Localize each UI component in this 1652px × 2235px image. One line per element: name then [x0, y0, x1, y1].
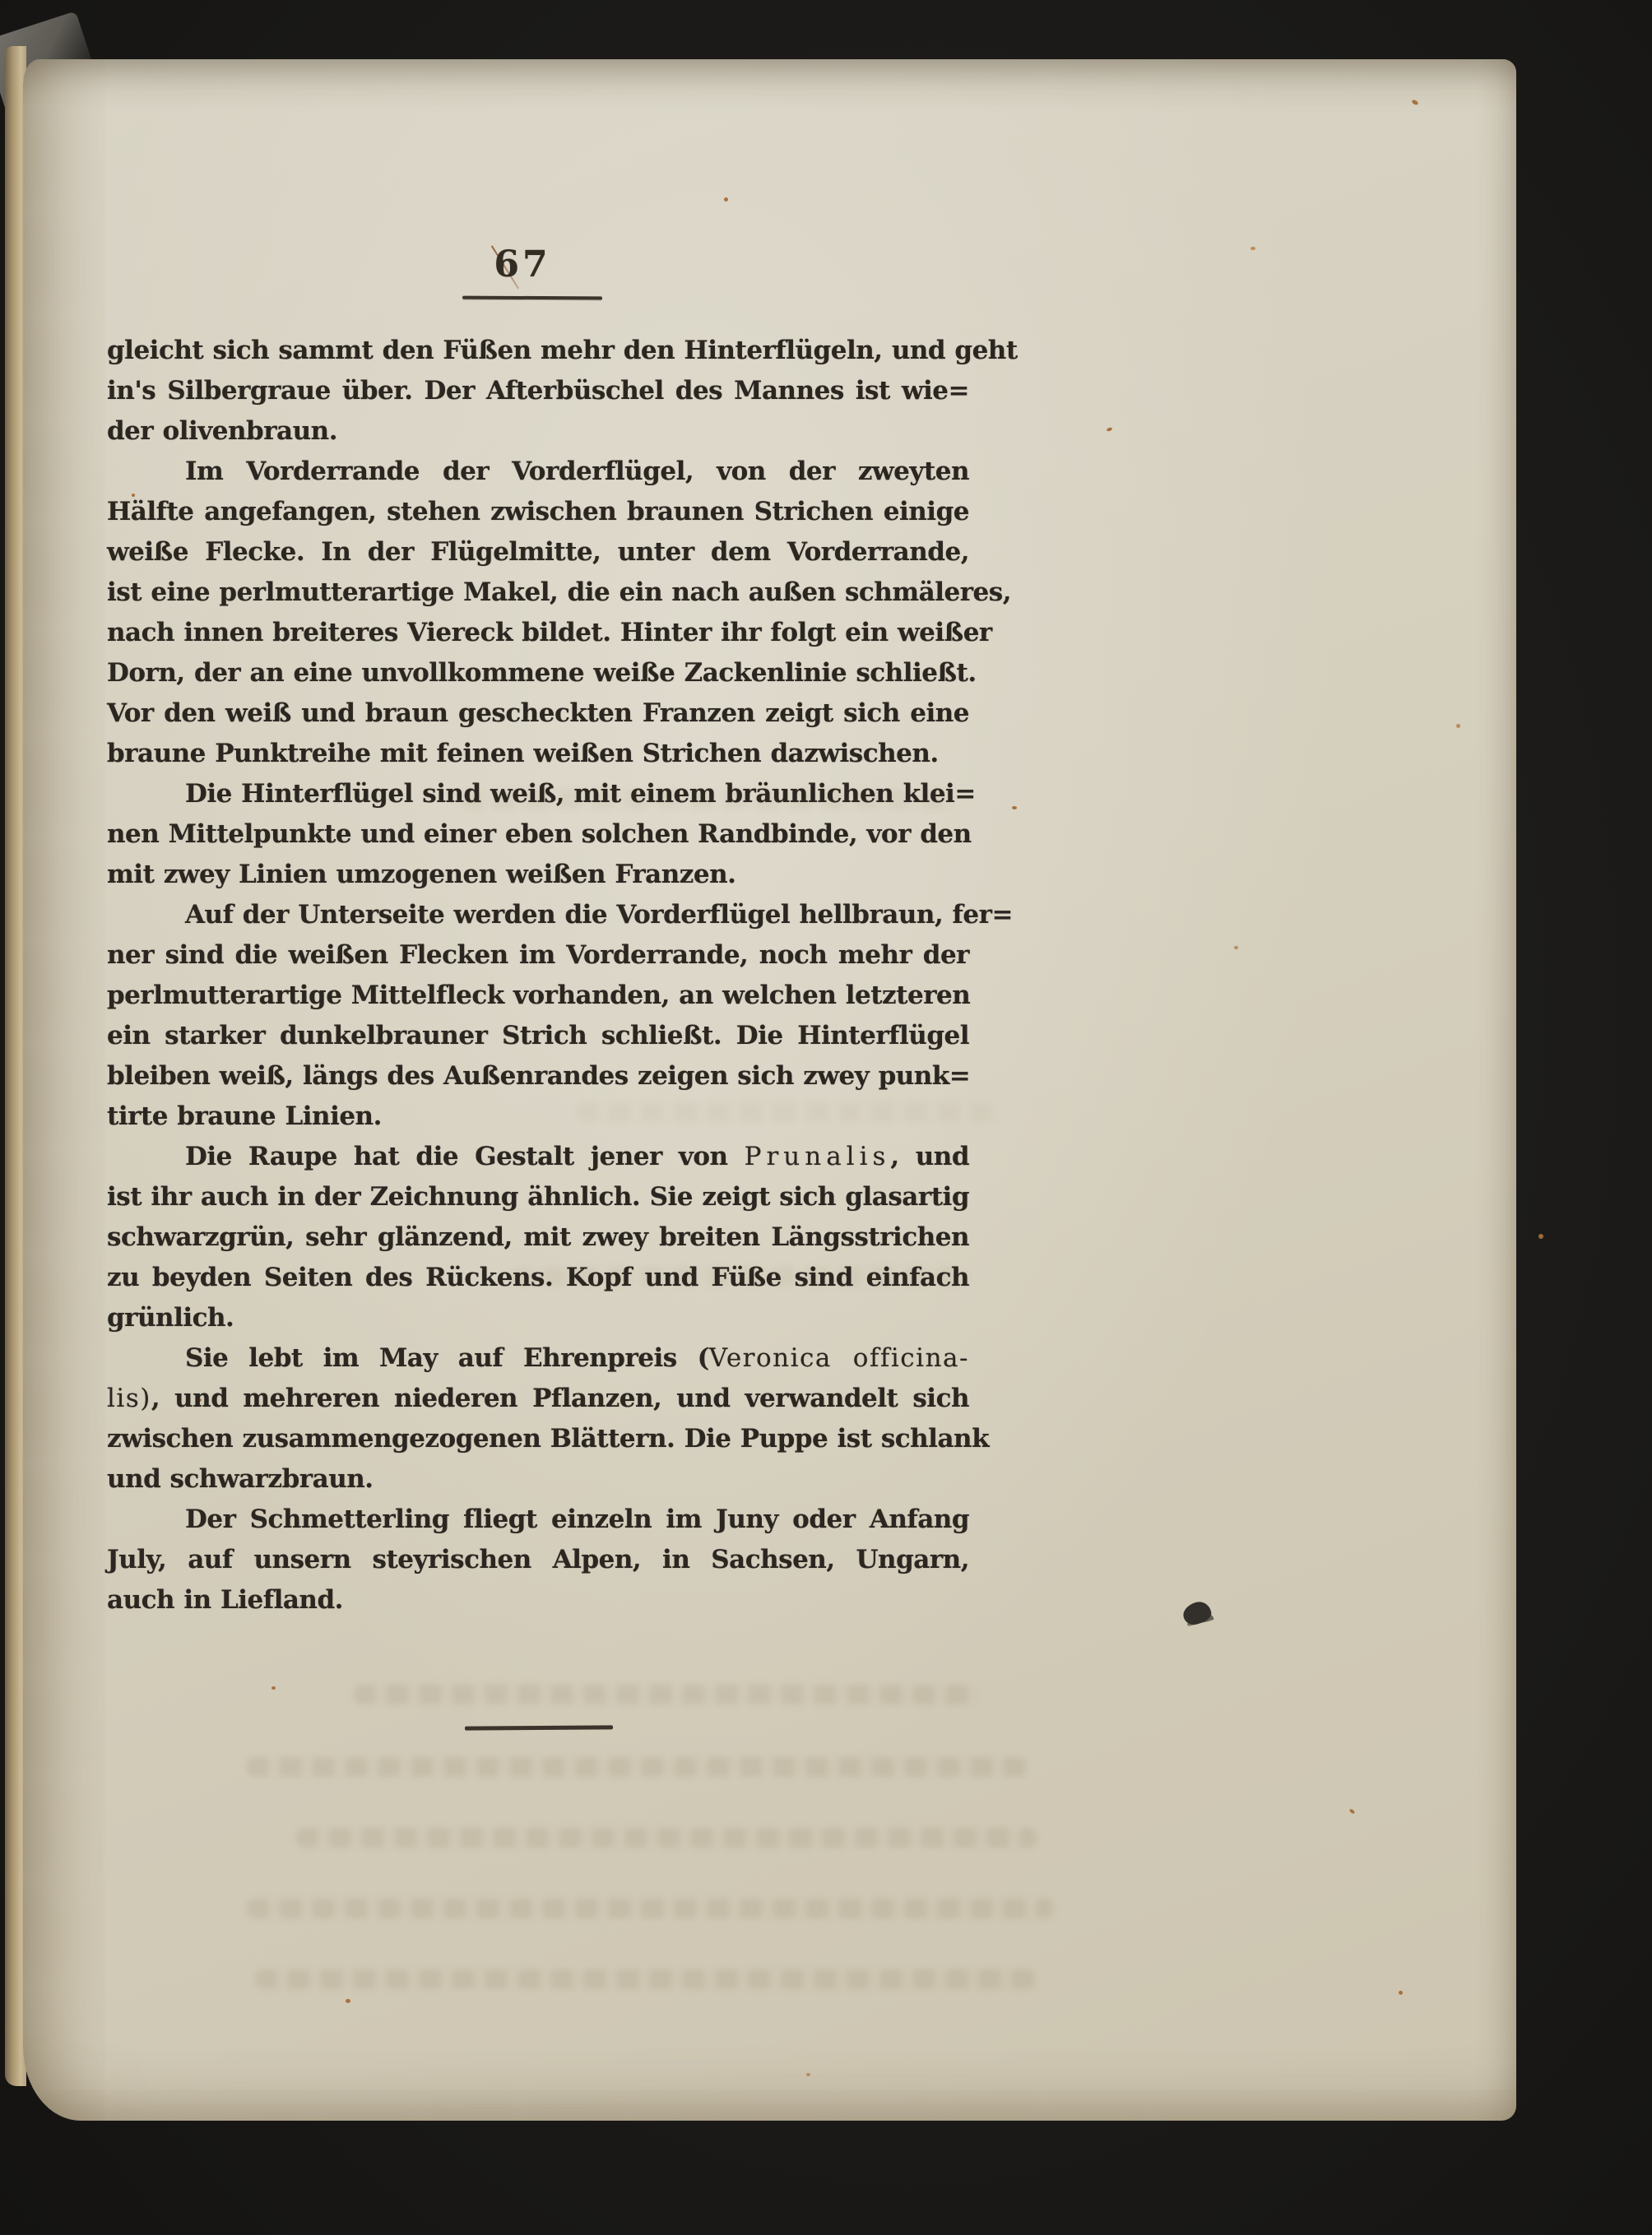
- fraktur-text-run: nen Mittelpunkte und einer eben solchen …: [107, 819, 972, 849]
- book-scan: 67 gleicht sich sammt den Füßen mehr den…: [0, 0, 1652, 2235]
- text-line: bleiben weiß, längs des Außenrandes zeig…: [107, 1056, 969, 1097]
- fraktur-text-run: , und mehreren niederen Pflanzen, und ve…: [151, 1384, 969, 1413]
- fraktur-text-run: gleicht sich sammt den Füßen mehr den Hi…: [107, 336, 1018, 365]
- fraktur-text-run: ner sind die weißen Flecken im Vorderran…: [107, 940, 969, 970]
- text-line: mit zwey Linien umzogenen weißen Franzen…: [107, 855, 969, 895]
- bleedthrough-text: [354, 1685, 979, 1704]
- fraktur-text-run: und schwarzbraun.: [107, 1464, 374, 1494]
- fraktur-text-run: auch in Liefland.: [107, 1585, 343, 1615]
- text-line: Hälfte angefangen, stehen zwischen braun…: [107, 492, 969, 532]
- fraktur-text-run: Vor den weiß und braun gescheckten Franz…: [107, 698, 969, 728]
- latin-text-run: lis): [107, 1384, 151, 1413]
- paper-speck: [346, 1999, 350, 2003]
- paper-speck: [806, 2073, 810, 2076]
- fraktur-text-run: Die Raupe hat die Gestalt jener von: [185, 1142, 745, 1171]
- text-line: gleicht sich sammt den Füßen mehr den Hi…: [107, 331, 969, 371]
- text-line: der olivenbraun.: [107, 411, 969, 452]
- bleedthrough-text: [255, 1969, 1037, 1989]
- paper-speck: [1349, 1808, 1356, 1815]
- fraktur-text-run: tirte braune Linien.: [107, 1101, 382, 1131]
- text-line: Die Hinterflügel sind weiß, mit einem br…: [107, 774, 969, 814]
- text-line: ist eine perlmutterartige Makel, die ein…: [107, 573, 969, 613]
- fraktur-text-run: mit zwey Linien umzogenen weißen Franzen…: [107, 860, 736, 889]
- fraktur-text-run: der olivenbraun.: [107, 416, 337, 446]
- fraktur-text-run: Im Vorderrande der Vorderflügel, von der…: [185, 457, 969, 486]
- text-line: lis), und mehreren niederen Pflanzen, un…: [107, 1379, 969, 1419]
- text-line: ner sind die weißen Flecken im Vorderran…: [107, 935, 969, 976]
- paper-speck: [1411, 99, 1418, 105]
- fraktur-text-run: bleiben weiß, längs des Außenrandes zeig…: [107, 1061, 970, 1091]
- latin-text-run: Veronica officina-: [709, 1343, 969, 1373]
- paper-speck: [1538, 1234, 1543, 1239]
- bleedthrough-text: [296, 1828, 1037, 1848]
- text-line: auch in Liefland.: [107, 1580, 969, 1621]
- bleedthrough-text: [247, 1757, 1028, 1777]
- fraktur-text-run: Der Schmetterling fliegt einzeln im Juny…: [185, 1505, 969, 1534]
- text-line: tirte braune Linien.: [107, 1097, 969, 1137]
- fraktur-text-run: Hälfte angefangen, stehen zwischen braun…: [107, 497, 969, 526]
- text-line: July, auf unsern steyrischen Alpen, in S…: [107, 1540, 969, 1580]
- text-block: gleicht sich sammt den Füßen mehr den Hi…: [107, 331, 969, 1621]
- text-line: und schwarzbraun.: [107, 1459, 969, 1500]
- text-line: Vor den weiß und braun gescheckten Franz…: [107, 693, 969, 734]
- text-line: Auf der Unterseite werden die Vorderflüg…: [107, 895, 969, 935]
- text-line: Die Raupe hat die Gestalt jener von Prun…: [107, 1137, 969, 1177]
- text-line: zu beyden Seiten des Rückens. Kopf und F…: [107, 1258, 969, 1298]
- fraktur-text-run: Sie lebt im May auf Ehrenpreis (: [185, 1343, 709, 1373]
- fraktur-text-run: Die Hinterflügel sind weiß, mit einem br…: [185, 779, 976, 809]
- fraktur-text-run: , und: [890, 1142, 969, 1171]
- text-line: in's Silbergraue über. Der Afterbüschel …: [107, 371, 969, 411]
- page-number: 67: [461, 243, 584, 285]
- text-line: schwarzgrün, sehr glänzend, mit zwey bre…: [107, 1217, 969, 1258]
- fraktur-text-run: Auf der Unterseite werden die Vorderflüg…: [185, 900, 1013, 930]
- paper-speck: [724, 197, 728, 202]
- paper-speck: [1107, 427, 1113, 432]
- paper-speck: [1251, 247, 1255, 250]
- fraktur-text-run: weiße Flecke. In der Flügelmitte, unter …: [107, 537, 969, 567]
- fraktur-text-run: schwarzgrün, sehr glänzend, mit zwey bre…: [107, 1222, 969, 1252]
- fraktur-text-run: ist ihr auch in der Zeichnung ähnlich. S…: [107, 1182, 969, 1212]
- latin-text-run: Prunalis: [745, 1142, 891, 1171]
- fraktur-text-run: July, auf unsern steyrischen Alpen, in S…: [107, 1545, 969, 1574]
- fraktur-text-run: zwischen zusammengezogenen Blättern. Die…: [107, 1424, 989, 1454]
- text-line: perlmutterartige Mittelfleck vorhanden, …: [107, 976, 969, 1016]
- text-line: nach innen breiteres Viereck bildet. Hin…: [107, 613, 969, 653]
- text-line: Dorn, der an eine unvollkommene weiße Za…: [107, 653, 969, 693]
- text-line: grünlich.: [107, 1298, 969, 1338]
- bleedthrough-text: [247, 1899, 1053, 1918]
- fraktur-text-run: braune Punktreihe mit feinen weißen Stri…: [107, 739, 939, 768]
- text-line: ein starker dunkelbrauner Strich schließ…: [107, 1016, 969, 1056]
- fraktur-text-run: perlmutterartige Mittelfleck vorhanden, …: [107, 981, 970, 1010]
- paper-speck: [1456, 724, 1460, 728]
- fraktur-text-run: zu beyden Seiten des Rückens. Kopf und F…: [107, 1263, 969, 1292]
- text-line: nen Mittelpunkte und einer eben solchen …: [107, 814, 969, 855]
- text-line: braune Punktreihe mit feinen weißen Stri…: [107, 734, 969, 774]
- paper-speck: [271, 1686, 276, 1690]
- fraktur-text-run: ein starker dunkelbrauner Strich schließ…: [107, 1021, 969, 1050]
- text-line: zwischen zusammengezogenen Blättern. Die…: [107, 1419, 969, 1459]
- paper-speck: [1012, 806, 1017, 809]
- fraktur-text-run: ist eine perlmutterartige Makel, die ein…: [107, 577, 1011, 607]
- text-line: Im Vorderrande der Vorderflügel, von der…: [107, 452, 969, 492]
- paper-speck: [1234, 946, 1238, 949]
- text-line: weiße Flecke. In der Flügelmitte, unter …: [107, 532, 969, 573]
- text-line: Sie lebt im May auf Ehrenpreis (Veronica…: [107, 1338, 969, 1379]
- fraktur-text-run: in's Silbergraue über. Der Afterbüschel …: [107, 376, 969, 406]
- fraktur-text-run: nach innen breiteres Viereck bildet. Hin…: [107, 618, 992, 647]
- paper-speck: [1399, 1991, 1403, 1995]
- text-line: ist ihr auch in der Zeichnung ähnlich. S…: [107, 1177, 969, 1217]
- text-line: Der Schmetterling fliegt einzeln im Juny…: [107, 1500, 969, 1540]
- fraktur-text-run: grünlich.: [107, 1303, 234, 1333]
- fraktur-text-run: Dorn, der an eine unvollkommene weiße Za…: [107, 658, 977, 688]
